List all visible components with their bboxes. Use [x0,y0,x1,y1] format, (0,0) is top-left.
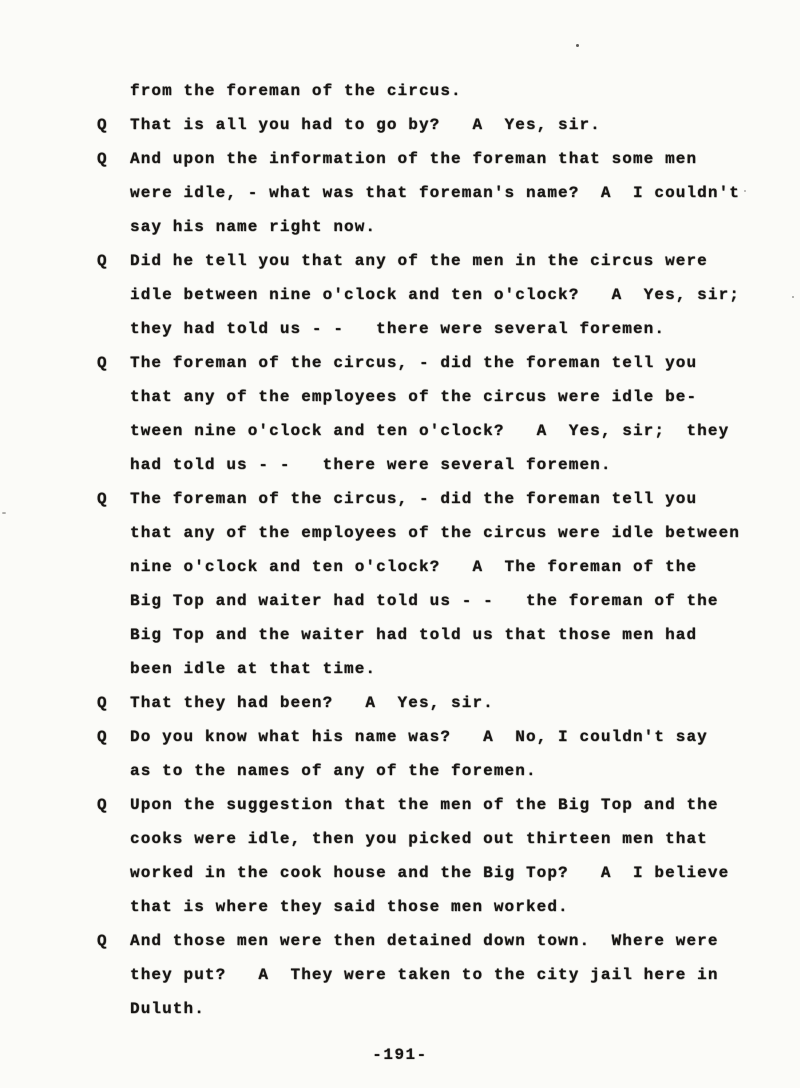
transcript-line: Did he tell you that any of the men in t… [130,244,766,278]
transcript-line: say his name right now. [130,210,766,244]
scan-speckle [792,296,794,298]
entry-lines: Did he tell you that any of the men in t… [130,244,766,346]
transcript-line: tween nine o'clock and ten o'clock? A Ye… [130,414,766,448]
transcript-body: from the foreman of the circus. Q That i… [0,0,800,1088]
qa-entry: Q That they had been? A Yes, sir. [97,686,766,720]
scanned-transcript-page: { "page": { "page_number": "-191-", "ent… [0,0,800,1088]
scan-speckle [744,190,746,192]
entry-lines: That they had been? A Yes, sir. [130,686,766,720]
question-marker: Q [97,720,130,754]
entry-lines: Upon the suggestion that the men of the … [130,788,766,924]
transcript-line: they had told us - - there were several … [130,312,766,346]
transcript-line: nine o'clock and ten o'clock? A The fore… [130,550,766,584]
qa-entry: Q Do you know what his name was? A No, I… [97,720,766,788]
transcript-line: Big Top and the waiter had told us that … [130,618,766,652]
transcript-line: that any of the employees of the circus … [130,380,766,414]
question-marker: Q [97,346,130,380]
entry-lines: And those men were then detained down to… [130,924,766,1026]
question-marker: Q [97,244,130,278]
entry-lines: And upon the information of the foreman … [130,142,766,244]
transcript-line: Do you know what his name was? A No, I c… [130,720,766,754]
qa-entry: Q And upon the information of the forema… [97,142,766,244]
transcript-line: been idle at that time. [130,652,766,686]
transcript-line: were idle, - what was that foreman's nam… [130,176,766,210]
transcript-line: And those men were then detained down to… [130,924,766,958]
transcript-line: That is all you had to go by? A Yes, sir… [130,108,766,142]
scan-speckle [2,512,6,514]
entry-lines: The foreman of the circus, - did the for… [130,346,766,482]
transcript-line: they put? A They were taken to the city … [130,958,766,992]
entry-lines: That is all you had to go by? A Yes, sir… [130,108,766,142]
transcript-line: had told us - - there were several forem… [130,448,766,482]
transcript-line: as to the names of any of the foremen. [130,754,766,788]
qa-entry: Q And those men were then detained down … [97,924,766,1026]
qa-entry: Q The foreman of the circus, - did the f… [97,346,766,482]
transcript-line: Duluth. [130,992,766,1026]
transcript-line: The foreman of the circus, - did the for… [130,482,766,516]
transcript-line: that any of the employees of the circus … [130,516,766,550]
question-marker: Q [97,788,130,822]
transcript-line: The foreman of the circus, - did the for… [130,346,766,380]
qa-entry: Q Did he tell you that any of the men in… [97,244,766,346]
transcript-line: worked in the cook house and the Big Top… [130,856,766,890]
question-marker: Q [97,482,130,516]
qa-entry: Q That is all you had to go by? A Yes, s… [97,108,766,142]
entry-lines: Do you know what his name was? A No, I c… [130,720,766,788]
scan-speckle [576,44,579,47]
transcript-line: That they had been? A Yes, sir. [130,686,766,720]
question-marker: Q [97,924,130,958]
transcript-line: from the foreman of the circus. [130,74,766,108]
question-marker: Q [97,686,130,720]
page-number: -191- [0,1042,800,1068]
transcript-entries: from the foreman of the circus. Q That i… [97,74,766,1026]
qa-entry: from the foreman of the circus. [97,74,766,108]
transcript-line: Big Top and waiter had told us - - the f… [130,584,766,618]
transcript-line: idle between nine o'clock and ten o'cloc… [130,278,766,312]
transcript-line: Upon the suggestion that the men of the … [130,788,766,822]
question-marker: Q [97,108,130,142]
transcript-line: And upon the information of the foreman … [130,142,766,176]
qa-entry: Q Upon the suggestion that the men of th… [97,788,766,924]
qa-entry: Q The foreman of the circus, - did the f… [97,482,766,686]
question-marker: Q [97,142,130,176]
entry-lines: from the foreman of the circus. [130,74,766,108]
transcript-line: cooks were idle, then you picked out thi… [130,822,766,856]
transcript-line: that is where they said those men worked… [130,890,766,924]
entry-lines: The foreman of the circus, - did the for… [130,482,766,686]
